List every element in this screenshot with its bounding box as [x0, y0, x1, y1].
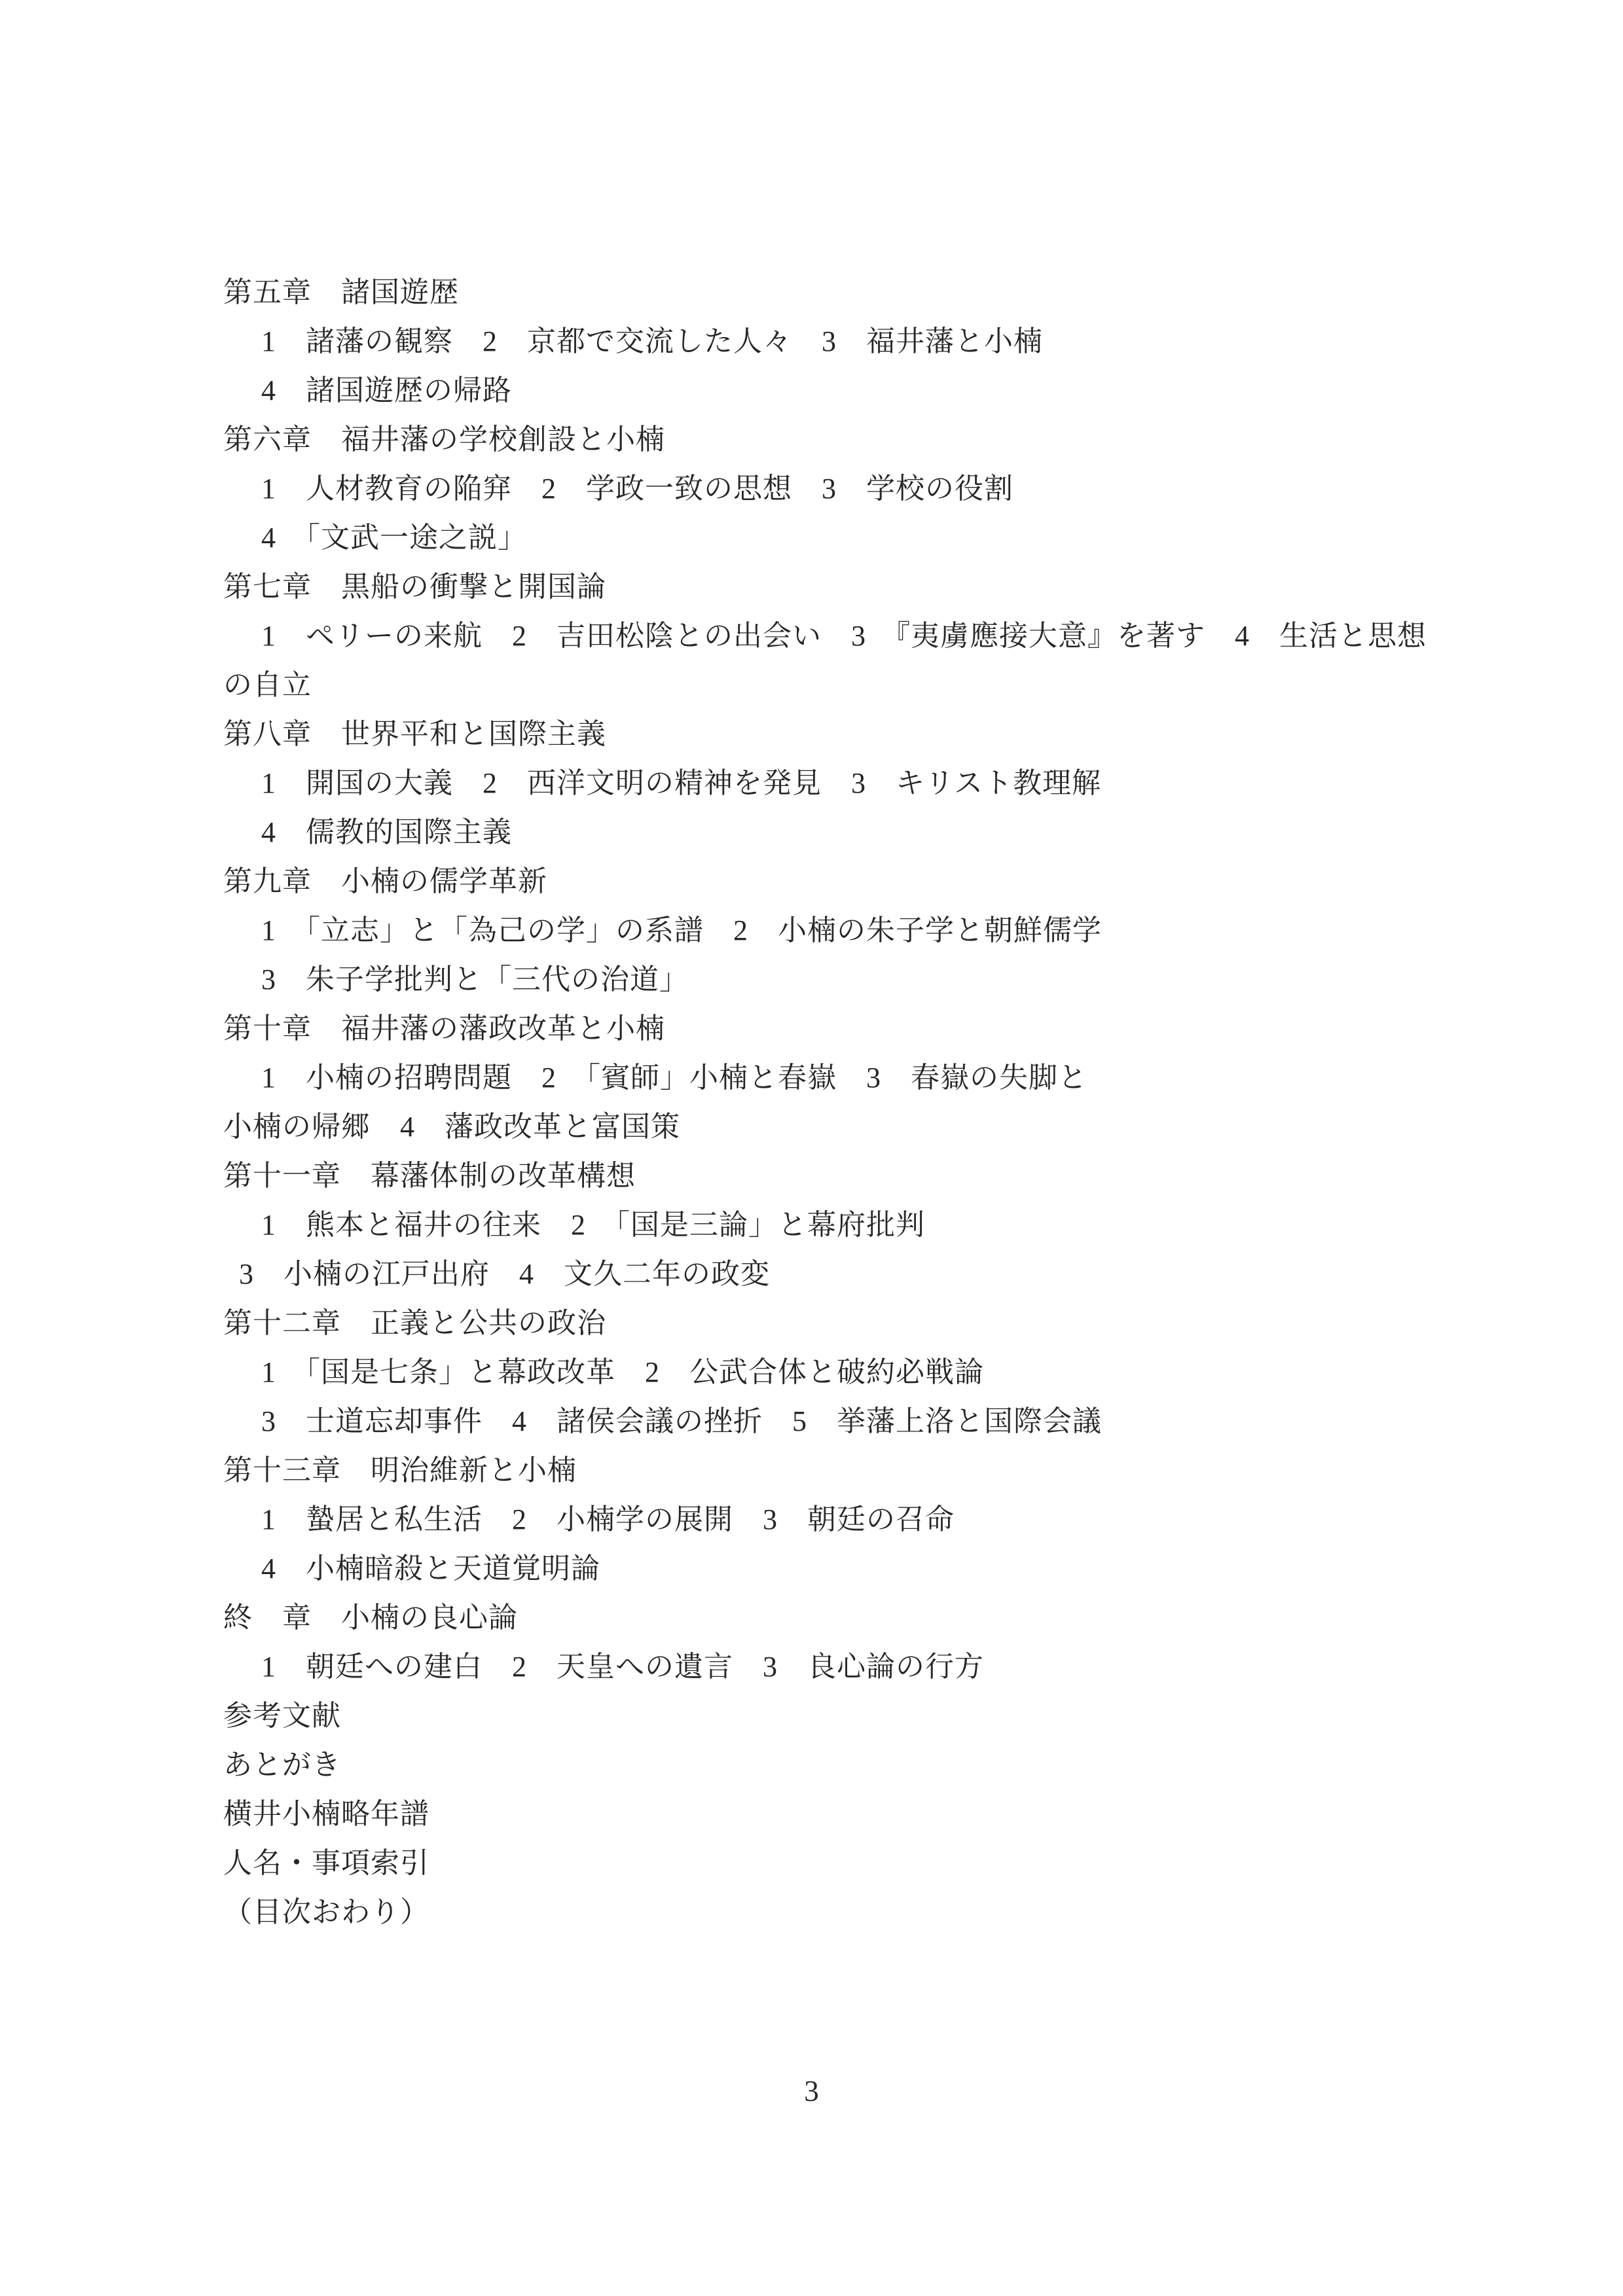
- toc-line: 1 熊本と福井の往来 2 「国是三論」と幕府批判: [223, 1200, 1415, 1249]
- toc-line: 1 開国の大義 2 西洋文明の精神を発見 3 キリスト教理解: [223, 759, 1415, 808]
- toc-line: 小楠の帰郷 4 藩政改革と富国策: [223, 1102, 1415, 1151]
- toc-line: 4 儒教的国際主義: [223, 808, 1415, 857]
- toc-line: 3 朱子学批判と「三代の治道」: [223, 955, 1415, 1004]
- toc-line: 3 小楠の江戸出府 4 文久二年の政変: [223, 1249, 1415, 1299]
- toc-line: 第七章 黒船の衝撃と開国論: [223, 562, 1415, 611]
- toc-line: 第六章 福井藩の学校創設と小楠: [223, 415, 1415, 464]
- toc-line: 横井小楠略年譜: [223, 1789, 1415, 1839]
- toc-line: 第八章 世界平和と国際主義: [223, 709, 1415, 759]
- toc-line: 1 小楠の招聘問題 2 「賓師」小楠と春嶽 3 春嶽の失脚と: [223, 1053, 1415, 1102]
- toc-line: 4 「文武一途之説」: [223, 513, 1415, 562]
- toc-line: 3 士道忘却事件 4 諸侯会議の挫折 5 挙藩上洛と国際会議: [223, 1397, 1415, 1446]
- toc-line: 1 「立志」と「為己の学」の系譜 2 小楠の朱子学と朝鮮儒学: [223, 906, 1415, 955]
- toc-line: 1 人材教育の陥穽 2 学政一致の思想 3 学校の役割: [223, 464, 1415, 513]
- toc-line: 4 小楠暗殺と天道覚明論: [223, 1544, 1415, 1593]
- page-number: 3: [0, 2067, 1623, 2116]
- toc-line: 参考文献: [223, 1691, 1415, 1740]
- toc-line: の自立: [223, 660, 1415, 709]
- toc-line: 第十二章 正義と公共の政治: [223, 1299, 1415, 1348]
- toc-line: 1 「国是七条」と幕政改革 2 公武合体と破約必戦論: [223, 1348, 1415, 1397]
- toc-line: 1 蟄居と私生活 2 小楠学の展開 3 朝廷の召命: [223, 1495, 1415, 1544]
- toc-line: 1 諸藩の観察 2 京都で交流した人々 3 福井藩と小楠: [223, 317, 1415, 366]
- toc-line: 1 朝廷への建白 2 天皇への遺言 3 良心論の行方: [223, 1642, 1415, 1691]
- toc-line: 第五章 諸国遊歴: [223, 268, 1415, 317]
- toc-line: 第十三章 明治維新と小楠: [223, 1446, 1415, 1495]
- toc-line: あとがき: [223, 1740, 1415, 1789]
- toc-line: 1 ペリーの来航 2 吉田松陰との出会い 3 『夷虜應接大意』を著す 4 生活と…: [223, 611, 1415, 660]
- toc-line: 終 章 小楠の良心論: [223, 1593, 1415, 1642]
- toc-line: （目次おわり）: [223, 1888, 1415, 1937]
- document-page: 第五章 諸国遊歴1 諸藩の観察 2 京都で交流した人々 3 福井藩と小楠4 諸国…: [0, 0, 1623, 2296]
- toc-line: 4 諸国遊歴の帰路: [223, 366, 1415, 415]
- toc-line: 第九章 小楠の儒学革新: [223, 857, 1415, 906]
- toc-line: 第十一章 幕藩体制の改革構想: [223, 1151, 1415, 1200]
- table-of-contents: 第五章 諸国遊歴1 諸藩の観察 2 京都で交流した人々 3 福井藩と小楠4 諸国…: [223, 268, 1415, 1937]
- toc-line: 第十章 福井藩の藩政改革と小楠: [223, 1004, 1415, 1053]
- toc-line: 人名・事項索引: [223, 1839, 1415, 1888]
